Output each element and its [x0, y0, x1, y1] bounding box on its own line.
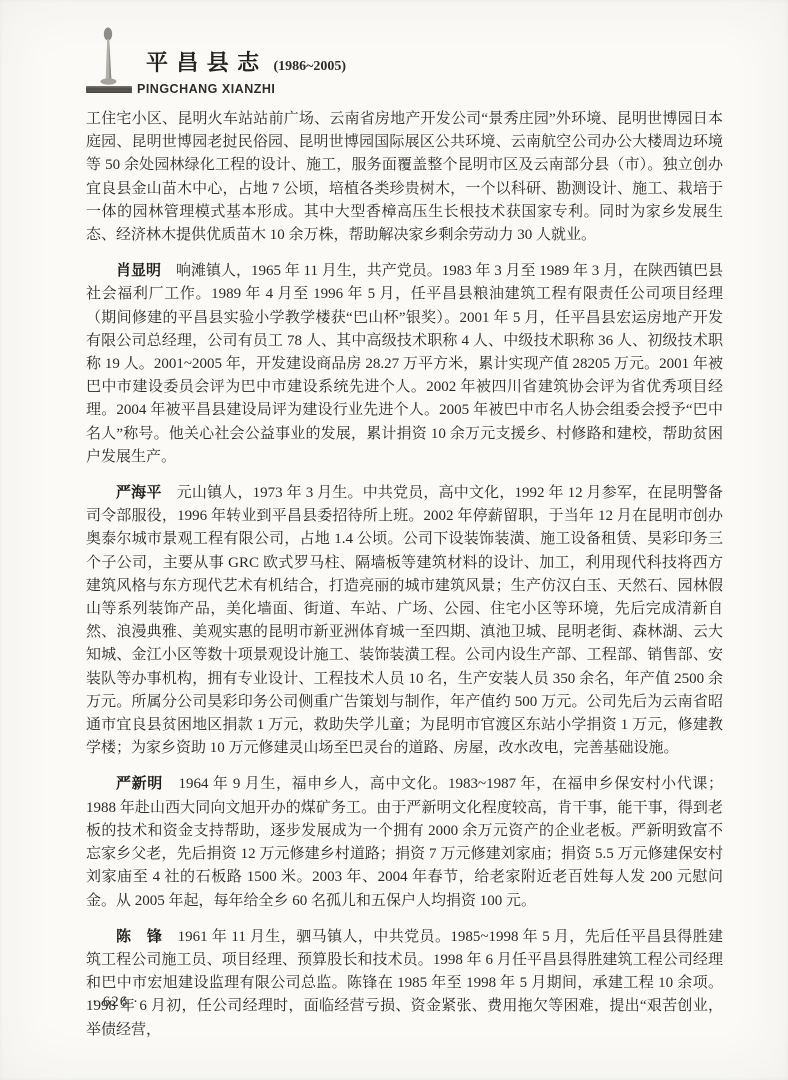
bio-name: 严新明 — [116, 776, 163, 792]
bio-name: 严海平 — [116, 485, 162, 501]
bio-name: 陈 锋 — [116, 929, 162, 945]
book-subtitle-pinyin: PINGCHANG XIANZHI — [137, 82, 275, 96]
bio-paragraph: 严海平 元山镇人，1973 年 3 月生。中共党员，高中文化，1992 年 12… — [86, 482, 723, 760]
bio-paragraph: 严新明 1964 年 9 月生，福申乡人，高中文化。1983~1987 年，在福… — [86, 773, 723, 912]
monument-icon — [88, 26, 130, 88]
bio-paragraph: 肖显明 响滩镇人，1965 年 11 月生，共产党员。1983 年 3 月至 1… — [86, 260, 723, 469]
document-page: 平昌县志 (1986~2005) PINGCHANG XIANZHI 工住宅小区… — [0, 0, 788, 1080]
book-title-years: (1986~2005) — [273, 59, 346, 74]
book-title: 平昌县志 — [146, 50, 267, 75]
page-header: 平昌县志 (1986~2005) PINGCHANG XIANZHI — [86, 26, 646, 98]
bio-paragraph: 陈 锋 1961 年 11 月生，驷马镇人，中共党员。1985~1998 年 5… — [86, 926, 723, 1042]
page-number: · 626 · — [92, 994, 139, 1011]
subtitle-bar — [86, 86, 132, 93]
subtitle-row: PINGCHANG XIANZHI — [86, 82, 275, 96]
continuation-paragraph: 工住宅小区、昆明火车站站前广场、云南省房地产开发公司“景秀庄园”外环境、昆明世博… — [86, 108, 723, 247]
bio-name: 肖显明 — [116, 263, 161, 279]
title-row: 平昌县志 (1986~2005) — [146, 46, 346, 77]
body-text: 工住宅小区、昆明火车站站前广场、云南省房地产开发公司“景秀庄园”外环境、昆明世博… — [86, 108, 723, 1042]
